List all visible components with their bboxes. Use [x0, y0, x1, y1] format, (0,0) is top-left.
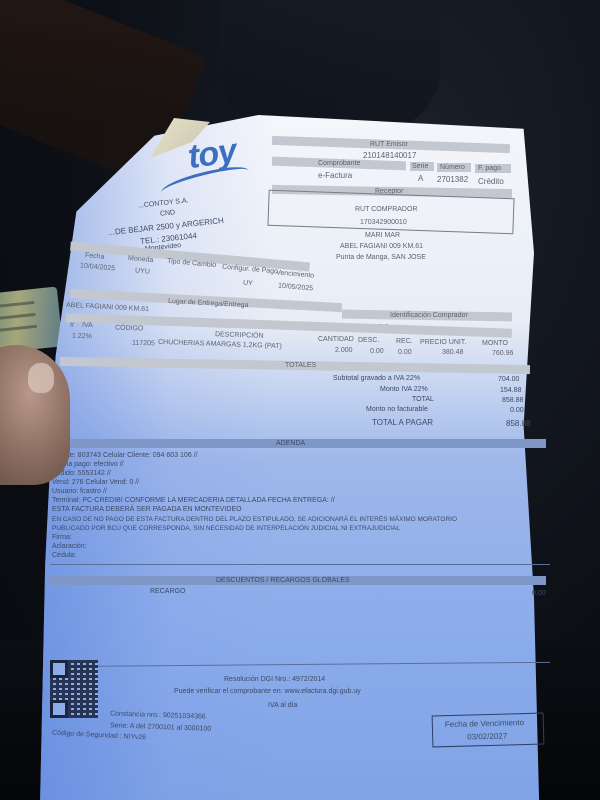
due-date-box: Fecha de Vencimiento 03/02/2027	[432, 713, 545, 748]
total-a-pagar-label: TOTAL A PAGAR	[372, 418, 433, 427]
col-desc: DESC.	[358, 337, 379, 344]
serie-label: Serie	[412, 163, 428, 170]
cell-precio: 380.48	[442, 349, 463, 356]
serie-value: A	[418, 174, 423, 183]
receptor-address: ABEL FAGIANI 009 KM.61	[340, 243, 423, 250]
col-codigo: CÓDIGO	[115, 325, 144, 333]
adenda-line: Cliente: 803743 Celular Cliente: 094 603…	[52, 452, 198, 459]
rut-emisor-label: RUT Emisor	[370, 141, 408, 148]
iva-value: 154.88	[500, 387, 521, 394]
col-num: #	[70, 322, 74, 329]
no-facturable-label: Monto no facturable	[366, 406, 428, 413]
resolution-text: Resolución DGI Nro.: 4972/2014	[224, 676, 325, 683]
verify-text: Puede verificar el comprobante en: www.e…	[174, 688, 361, 695]
subtotal-label: Subtotal gravado a IVA 22%	[333, 375, 420, 382]
numero-label: Número	[440, 164, 465, 171]
recargo-label: RECARGO	[150, 588, 185, 595]
col-monto: MONTO	[482, 340, 508, 347]
no-facturable-value: 0.00	[510, 407, 524, 414]
cell-iva: 1.22%	[72, 333, 92, 341]
col-precio: PRECIO UNIT.	[420, 339, 466, 346]
receptor-location: Punta de Manga, SAN JOSE	[336, 254, 426, 261]
car-seat	[220, 0, 440, 130]
total-a-pagar-value: 858.88	[506, 419, 530, 428]
comprobante-type: e-Factura	[318, 171, 352, 180]
adenda-line: EN CASO DE NO PAGO DE ESTA FACTURA DENTR…	[52, 516, 457, 523]
adenda-line: PUBLICADO POR BCU QUE CORRESPONDA, SIN N…	[52, 525, 400, 532]
adenda-line: Terminal: PC-CREDIBI CONFORME LA MERCADE…	[52, 497, 335, 504]
cell-monto: 760.96	[492, 350, 513, 357]
total-value: 858.88	[502, 397, 523, 404]
total-label: TOTAL	[412, 396, 434, 403]
recargo-value: 0.00	[532, 590, 546, 597]
pago-value: Crédito	[478, 177, 504, 186]
pago-label: F. pago	[478, 165, 501, 172]
adenda-line: Cédula:	[52, 552, 76, 559]
col-rec: REC.	[396, 338, 413, 345]
iva-label: Monto IVA 22%	[380, 386, 428, 393]
col-cantidad: CANTIDAD	[318, 336, 354, 343]
val-config-pago: UY	[243, 280, 253, 288]
due-date-label: Fecha de Vencimiento	[445, 718, 524, 729]
receptor-rut-label: RUT COMPRADOR	[355, 206, 417, 213]
col-iva: IVA	[82, 322, 93, 329]
discounts-label: DESCUENTOS / RECARGOS GLOBALES	[216, 577, 350, 584]
numero-value: 2701382	[437, 175, 468, 184]
due-date-value: 03/02/2027	[467, 732, 507, 742]
cell-rec: 0.00	[398, 349, 412, 356]
banknotes	[0, 287, 63, 354]
qr-code-icon	[50, 660, 98, 718]
receptor-rut: 170342900010	[360, 219, 407, 226]
totals-label: TOTALES	[285, 362, 316, 369]
adenda-line: Usuario: fcastro //	[52, 488, 107, 495]
adenda-line: Aclaración:	[52, 543, 87, 550]
adenda-line: Vend: 276 Celular Vend: 0 //	[52, 479, 139, 486]
subtotal-value: 704.00	[498, 376, 519, 383]
val-moneda: UYU	[135, 267, 150, 275]
cell-cantidad: 2.000	[335, 347, 353, 354]
comprobante-label: Comprobante	[318, 160, 360, 167]
adenda-label: ADENDA	[276, 440, 305, 447]
buyer-id-label: Identificación Comprador	[390, 312, 468, 319]
adenda-line: ESTA FACTURA DEBERÁ SER PAGADA EN MONTEV…	[52, 506, 242, 513]
receptor-name: MARI MAR	[365, 232, 400, 239]
rut-emisor: 210148140017	[363, 151, 416, 160]
cell-codigo: 117205	[132, 340, 155, 348]
adenda-line: Firma:	[52, 534, 72, 541]
cell-desc: 0.00	[370, 348, 384, 355]
iva-al-dia: IVA al día	[268, 702, 297, 709]
